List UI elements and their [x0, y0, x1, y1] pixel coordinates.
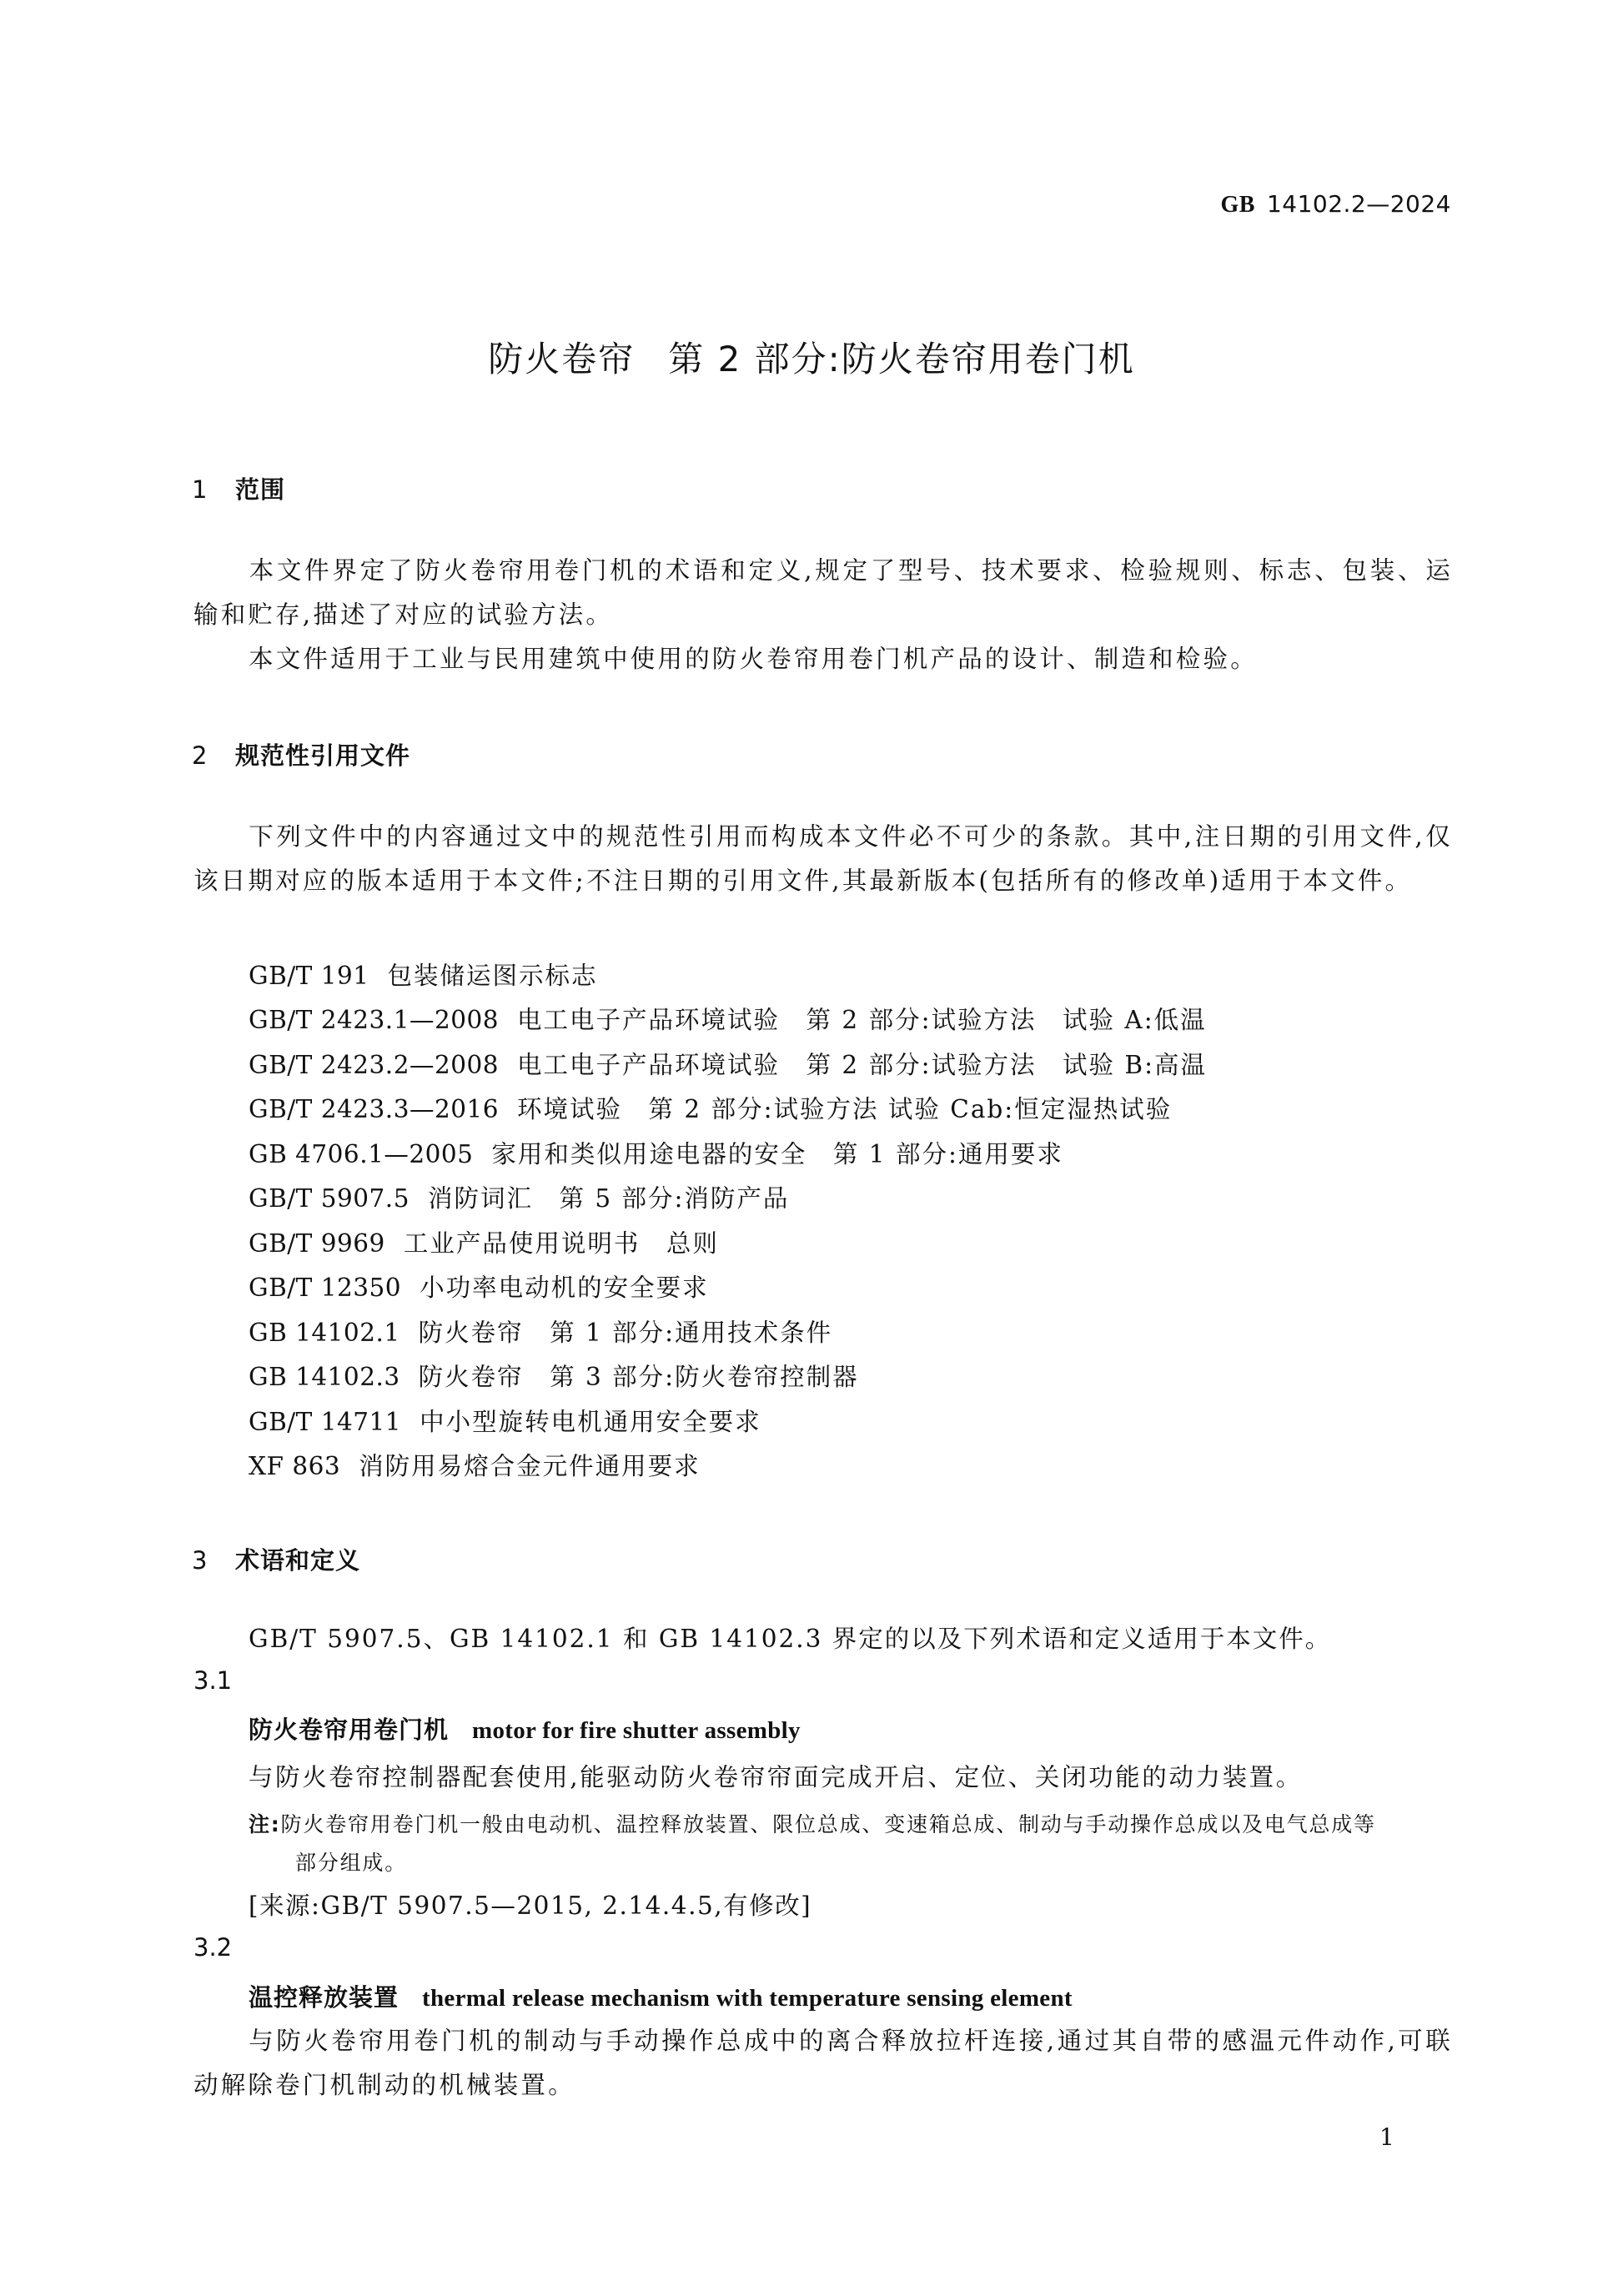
- document-page: GB14102.2—2024 防火卷帘第 2 部分:防火卷帘用卷门机 1范围 本…: [0, 0, 1623, 2296]
- section-heading-normative-references: 2规范性引用文件: [192, 737, 410, 771]
- term-zh: 防火卷帘用卷门机: [249, 1716, 449, 1744]
- scope-paragraph-1: 本文件界定了防火卷帘用卷门机的术语和定义,规定了型号、技术要求、检验规则、标志、…: [193, 549, 1453, 637]
- standard-number: GB14102.2—2024: [1220, 190, 1451, 219]
- section-title: 术语和定义: [235, 1546, 360, 1575]
- section-heading-scope: 1范围: [192, 471, 285, 505]
- term-definition: 与防火卷帘用卷门机的制动与手动操作总成中的离合释放拉杆连接,通过其自带的感温元件…: [193, 2019, 1453, 2108]
- document-title: 防火卷帘第 2 部分:防火卷帘用卷门机: [0, 332, 1623, 382]
- term-entry: 防火卷帘用卷门机motor for fire shutter assembly: [249, 1711, 801, 1746]
- section-heading-terms-definitions: 3术语和定义: [192, 1542, 360, 1576]
- clause-number: 3.2: [193, 1933, 232, 1962]
- reference-item: GB 14102.3防火卷帘 第 3 部分:防火卷帘控制器: [249, 1358, 859, 1393]
- term-en: thermal release mechanism with temperatu…: [422, 1985, 1073, 2012]
- section-number: 3: [192, 1546, 235, 1575]
- reference-item: GB/T 14711中小型旋转电机通用安全要求: [249, 1403, 761, 1438]
- section-number: 2: [192, 741, 235, 770]
- reference-item: GB 4706.1—2005家用和类似用途电器的安全 第 1 部分:通用要求: [249, 1135, 1063, 1170]
- reference-item: GB/T 5907.5消防词汇 第 5 部分:消防产品: [249, 1179, 789, 1214]
- reference-item: GB 14102.1防火卷帘 第 1 部分:通用技术条件: [249, 1314, 832, 1349]
- scope-paragraph-2: 本文件适用于工业与民用建筑中使用的防火卷帘用卷门机产品的设计、制造和检验。: [193, 637, 1453, 681]
- note-label: 注:: [249, 1812, 281, 1836]
- terms-intro: GB/T 5907.5、GB 14102.1 和 GB 14102.3 界定的以…: [249, 1620, 1331, 1655]
- term-source: [来源:GB/T 5907.5—2015, 2.14.4.5,有修改]: [249, 1887, 811, 1922]
- reference-item: GB/T 2423.1—2008电工电子产品环境试验 第 2 部分:试验方法 试…: [249, 1001, 1207, 1036]
- reference-item: GB/T 9969工业产品使用说明书 总则: [249, 1224, 719, 1259]
- reference-item: XF 863消防用易熔合金元件通用要求: [249, 1447, 701, 1482]
- title-part-b: 第 2 部分:防火卷帘用卷门机: [668, 339, 1135, 379]
- term-zh: 温控释放装置: [249, 1983, 399, 2012]
- standard-prefix: GB: [1220, 192, 1254, 218]
- section-title: 规范性引用文件: [235, 741, 410, 770]
- section-number: 1: [192, 475, 235, 504]
- title-part-a: 防火卷帘: [488, 339, 635, 379]
- term-en: motor for fire shutter assembly: [472, 1717, 801, 1744]
- reference-item: GB/T 2423.2—2008电工电子产品环境试验 第 2 部分:试验方法 试…: [249, 1046, 1207, 1081]
- clause-number: 3.1: [193, 1666, 232, 1695]
- page-number: 1: [1379, 2123, 1394, 2151]
- normative-references-paragraph: 下列文件中的内容通过文中的规范性引用而构成本文件必不可少的条款。其中,注日期的引…: [193, 815, 1453, 903]
- reference-item: GB/T 2423.3—2016环境试验 第 2 部分:试验方法 试验 Cab:…: [249, 1090, 1172, 1125]
- reference-item: GB/T 12350小功率电动机的安全要求: [249, 1269, 709, 1304]
- term-note: 注:防火卷帘用卷门机一般由电动机、温控释放装置、限位总成、变速箱总成、制动与手动…: [249, 1806, 1458, 1882]
- term-definition: 与防火卷帘控制器配套使用,能驱动防火卷帘帘面完成开启、定位、关闭功能的动力装置。: [249, 1758, 1303, 1793]
- reference-item: GB/T 191包装储运图示标志: [249, 957, 598, 992]
- standard-code: 14102.2—2024: [1267, 190, 1451, 218]
- term-entry: 温控释放装置thermal release mechanism with tem…: [249, 1979, 1073, 2013]
- section-title: 范围: [235, 475, 285, 504]
